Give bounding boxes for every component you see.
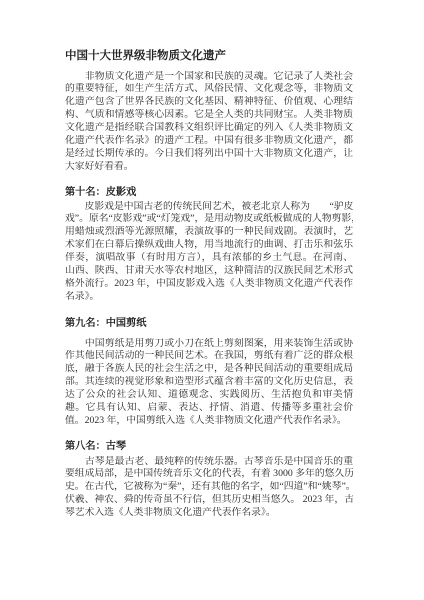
text-line: 部。其连续的视觉形象和造型形式蕴含着丰富的文化历史信息，表 — [65, 376, 353, 389]
text-line: 构、气质和情感等核心因素。它是全人类的共同财宝。人类非物质 — [65, 109, 353, 122]
text-line: 值。2023 年，中国剪纸入选《人类非物质文化遗产代表作名录》。 — [65, 415, 353, 428]
document-page: 中国十大世界级非物质文化遗产 非物质文化遗产是一个国家和民族的灵魂。它记录了人类… — [0, 0, 424, 600]
text-line: 山西、陕西、甘肃天水等农村地区，这种简洁的汉族民间艺术形式 — [65, 265, 353, 278]
text-line: 皮影戏是中国古老的传统民间艺术，被老北京人称为 “驴皮影 — [65, 201, 353, 214]
section-heading-10: 第十名：皮影戏 — [65, 187, 353, 200]
text-line: 琴艺术入选《人类非物质文化遗产代表作名录》。 — [65, 507, 353, 520]
text-line: 古琴是最古老、最纯粹的传统乐器。古琴音乐是中国音乐的重 — [65, 456, 353, 469]
text-line: 底，融于各族人民的社会生活之中，是各种民间活动的重要组成局 — [65, 363, 353, 376]
text-line: 格外流行。2023 年，中国皮影戏入选《人类非物质文化遗产代表作 — [65, 278, 353, 291]
text-line: 中国剪纸是用剪刀或小刀在纸上剪刻图案，用来装饰生活或协 — [65, 338, 353, 351]
text-line: 非物质文化遗产是一个国家和民族的灵魂。它记录了人类社会 — [65, 71, 353, 84]
section-heading-8: 第八名：古琴 — [65, 441, 353, 454]
text-line: 文化遗产是指经联合国教科文组织评比确定的列入《人类非物质文 — [65, 122, 353, 135]
text-line: 化遗产包含了世界各民族的文化基因、精神特征、价值观、心理结 — [65, 96, 353, 109]
text-line: 的重要特征，如生产生活方式、风俗民情、文化观念等，非物质文 — [65, 83, 353, 96]
section-paragraph-10: 皮影戏是中国古老的传统民间艺术，被老北京人称为 “驴皮影 戏”。原名“皮影戏”或… — [65, 201, 353, 304]
intro-paragraph: 非物质文化遗产是一个国家和民族的灵魂。它记录了人类社会 的重要特征，如生产生活方… — [65, 71, 353, 174]
section-paragraph-8: 古琴是最古老、最纯粹的传统乐器。古琴音乐是中国音乐的重 要组成局部，是中国传统音… — [65, 456, 353, 520]
text-line: 趣。它具有认知、启蒙、表达、抒情、消遣、传播等多重社会价 — [65, 402, 353, 415]
section-heading-9: 第九名：中国剪纸 — [65, 318, 353, 331]
text-line: 伴奏，演唱故事（有时用方言），具有浓郁的乡土气息。在河南、 — [65, 252, 353, 265]
text-line: 伏羲、神农、舜的传奇虽不行信，但其历史相当悠久。 2023 年，古 — [65, 494, 353, 507]
text-line: 史。在古代，它被称为“秦”，还有其他的名字，如“四道”和“姚琴”。 — [65, 481, 353, 494]
text-line: 名录》。 — [65, 291, 353, 304]
text-line: 用蜡烛或烈酒等光源照耀，表演故事的一种民间戏剧。表演时，艺 — [65, 226, 353, 239]
text-line: 要组成局部，是中国传统音乐文化的代表，有着 3000 多年的悠久历 — [65, 468, 353, 481]
text-line: 戏”。原名“皮影戏”或“灯笼戏”，是用动物皮或纸板做成的人物剪影， — [65, 213, 353, 226]
text-line: 化遗产代表作名录》的遗产工程。中国有很多非物质文化遗产，都 — [65, 135, 353, 148]
text-line: 是经过长期传承的。今日我们将列出中国十大非物质文化遗产，让 — [65, 148, 353, 161]
text-line: 术家们在白幕后操纵戏曲人物，用当地流行的曲调、打击乐和弦乐 — [65, 239, 353, 252]
text-line: 达了公众的社会认知、道德观念、实践阅历、生活抱负和审美情 — [65, 389, 353, 402]
document-title: 中国十大世界级非物质文化遗产 — [65, 49, 353, 63]
section-paragraph-9: 中国剪纸是用剪刀或小刀在纸上剪刻图案，用来装饰生活或协 作其他民间活动的一种民间… — [65, 338, 353, 428]
text-line: 作其他民间活动的一种民间艺术。在我国，剪纸有着广泛的群众根 — [65, 350, 353, 363]
text-line: 大家好好看看。 — [65, 161, 353, 174]
